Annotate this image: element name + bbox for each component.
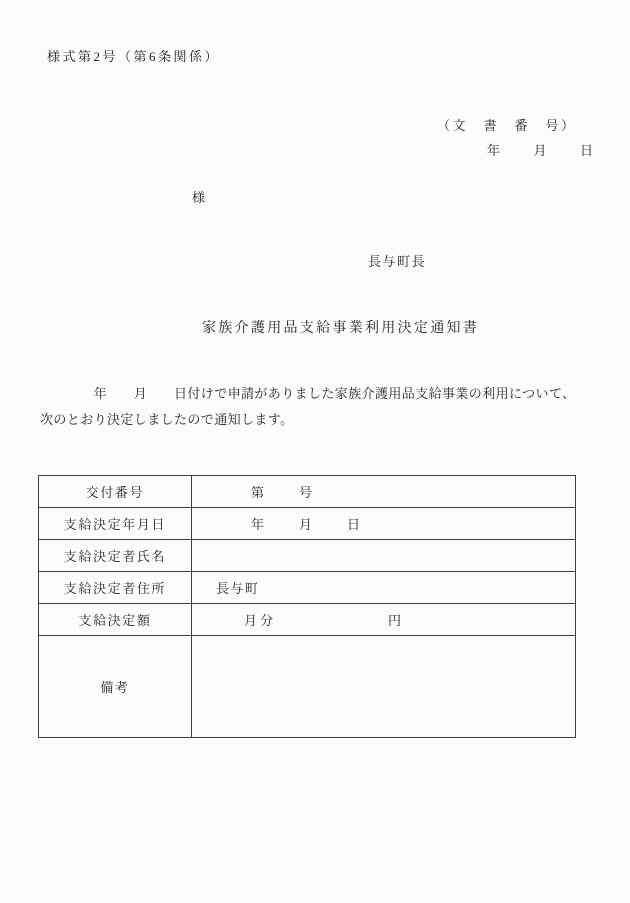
body-line-1: 年 月 日付けで申請がありました家族介護用品支給事業の利用について、 <box>40 386 575 401</box>
sender-mayor: 長与町長 <box>368 251 426 270</box>
row-value-recipient-name <box>192 540 576 572</box>
row-value-decision-amount: 月分 円 <box>192 604 576 636</box>
table-row: 支給決定者住所 長与町 <box>39 572 576 604</box>
body-paragraph: 年 月 日付けで申請がありました家族介護用品支給事業の利用について、次のとおり決… <box>40 381 600 433</box>
row-label-recipient-name: 支給決定者氏名 <box>39 540 192 572</box>
row-label-grant-number: 交付番号 <box>39 476 192 508</box>
document-page: 様式第2号（第6条関係） （文 書 番 号） 年 月 日 様 長与町長 家族介護… <box>0 0 630 903</box>
row-label-recipient-address: 支給決定者住所 <box>39 572 192 604</box>
document-number-placeholder: （文 書 番 号） <box>437 115 577 134</box>
form-number: 様式第2号（第6条関係） <box>47 46 220 65</box>
row-value-remarks <box>192 636 576 738</box>
decision-table: 交付番号 第 号 支給決定年月日 年 月 日 支給決定者氏名 支給決定者住所 長… <box>38 475 576 738</box>
table-row: 支給決定額 月分 円 <box>39 604 576 636</box>
row-value-grant-number: 第 号 <box>192 476 576 508</box>
issue-date-line: 年 月 日 <box>487 140 596 159</box>
table-row: 支給決定者氏名 <box>39 540 576 572</box>
row-value-decision-date: 年 月 日 <box>192 508 576 540</box>
row-label-remarks: 備考 <box>39 636 192 738</box>
table-row: 備考 <box>39 636 576 738</box>
row-label-decision-date: 支給決定年月日 <box>39 508 192 540</box>
table-row: 支給決定年月日 年 月 日 <box>39 508 576 540</box>
addressee-honorific: 様 <box>192 187 206 206</box>
document-title: 家族介護用品支給事業利用決定通知書 <box>202 317 479 337</box>
table-row: 交付番号 第 号 <box>39 476 576 508</box>
body-line-2: 次のとおり決定しましたので通知します。 <box>40 412 294 427</box>
row-value-recipient-address: 長与町 <box>192 572 576 604</box>
row-label-decision-amount: 支給決定額 <box>39 604 192 636</box>
